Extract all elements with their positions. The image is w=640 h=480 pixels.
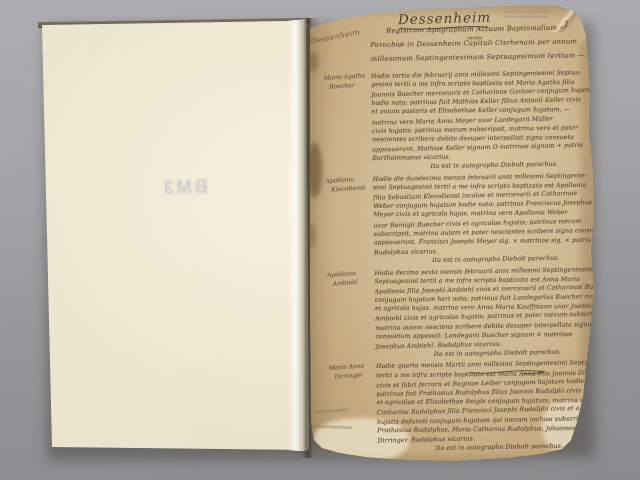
entry-lines: Hodie die duodecima mensis februarii ann…: [373, 171, 604, 258]
margin-name: Apollonia Ambiehl: [327, 268, 373, 288]
pencil-year: 1773: [321, 8, 352, 23]
entry-lines: Hodie tertia die februarij anni millesim…: [371, 68, 603, 164]
margin-name: Maria Agatha Baecher: [323, 71, 369, 91]
photo-background: BM3 1773 Dessenheim 1. Dessenheim rurali…: [0, 0, 640, 480]
baptism-entry: Apollonia Ambiehl Hodie decima sexta men…: [374, 264, 606, 360]
entry-lines: Hodie decima sexta mensis februarii anni…: [374, 264, 605, 351]
stamp-bleedthrough: BM3: [137, 177, 208, 209]
heading-lines: Registrum Apographum Actuum Baptismalium…: [370, 20, 601, 67]
baptism-entry: Apollonia Kleindienst Hodie die duodecim…: [373, 171, 605, 267]
manuscript-line: millesimum Septingentesimum Septuagesimu…: [370, 48, 600, 66]
register-heading: ruralis Registrum Apographum Actuum Bapt…: [370, 20, 601, 67]
margin-name: Maria Anna Dirringer: [329, 362, 375, 382]
manuscript-page: 1773 Dessenheim 1. Dessenheim ruralis Re…: [306, 2, 606, 467]
baptism-entry: Maria Agatha Baecher Hodie tertia die fe…: [371, 68, 603, 173]
interlinear-insert: ruralis: [467, 36, 482, 41]
margin-name-line: Dirringer: [329, 371, 374, 383]
margin-name: Apollonia Kleindienst: [325, 174, 371, 194]
manuscript-text-column: ruralis Registrum Apographum Actuum Bapt…: [370, 20, 608, 456]
signature-flourish: [468, 367, 548, 377]
pencil-marks: [314, 409, 348, 413]
margin-title: Dessenheim: [310, 27, 361, 45]
